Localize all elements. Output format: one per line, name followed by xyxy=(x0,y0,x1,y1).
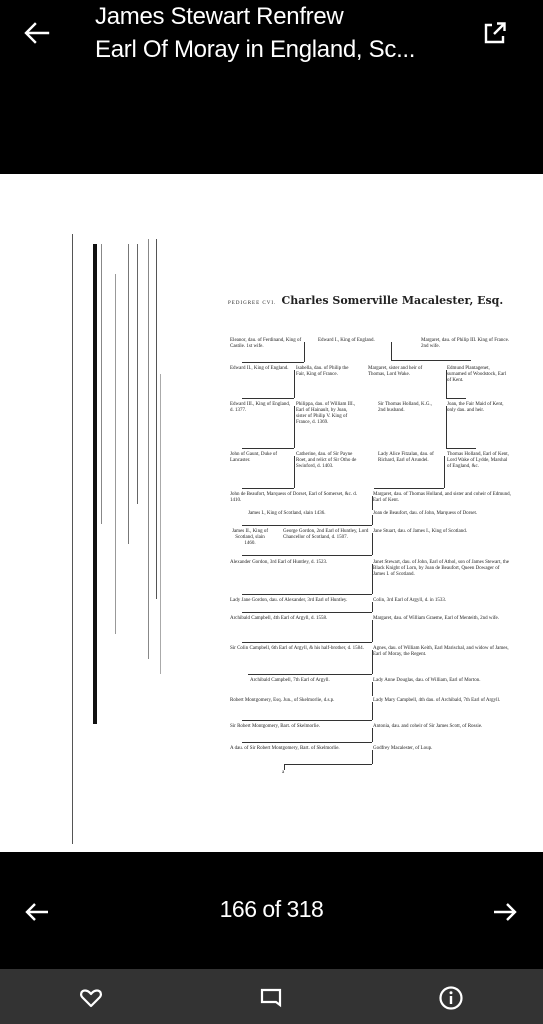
tree-connector xyxy=(242,488,294,489)
tree-connector xyxy=(242,448,294,449)
comment-icon xyxy=(258,985,284,1011)
comment-button[interactable] xyxy=(258,985,284,1011)
tree-connector xyxy=(372,728,373,742)
tree-connector xyxy=(372,533,373,555)
tree-entry: Janet Stewart, dau. of John, Earl of Ath… xyxy=(373,560,511,578)
tree-connector xyxy=(446,406,447,448)
tree-entry: Edward III., King of England, d. 1377. xyxy=(230,402,292,414)
scan-artifact xyxy=(101,244,102,524)
tree-connector xyxy=(242,720,372,721)
tree-connector xyxy=(242,642,372,643)
tree-entry: John de Beaufort, Marquess of Dorset, Ea… xyxy=(230,492,368,504)
tree-connector xyxy=(294,370,295,398)
tree-connector xyxy=(372,564,373,594)
tree-entry: Archibald Campbell, 4th Earl of Argyll, … xyxy=(230,616,368,622)
info-icon xyxy=(438,985,464,1011)
tree-connector xyxy=(446,398,466,399)
pedigree-label: PEDIGREE CVI. xyxy=(228,301,276,306)
tree-connector xyxy=(242,742,372,743)
record-title: James Stewart Renfrew Earl Of Moray in E… xyxy=(95,0,455,66)
action-bar xyxy=(0,969,543,1024)
tree-entry: Margaret, sister and heir of Thomas, Lor… xyxy=(368,366,430,378)
pedigree-heading: PEDIGREE CVI. Charles Somerville Macales… xyxy=(228,298,540,307)
tree-connector xyxy=(372,702,373,720)
tree-entry: Sir Robert Montgomery, Bart. of Skelmorl… xyxy=(230,724,368,730)
tree-entry: Lady Alice Fitzalan, dau. of Richard, Ea… xyxy=(378,452,440,464)
tree-entry: a xyxy=(282,770,292,776)
heart-icon xyxy=(78,985,104,1011)
open-external-button[interactable] xyxy=(480,18,510,48)
tree-connector xyxy=(372,750,373,764)
top-bar: James Stewart Renfrew Earl Of Moray in E… xyxy=(0,0,543,174)
tree-entry: John of Gaunt, Duke of Lancaster. xyxy=(230,452,292,464)
tree-entry: Margaret, dau. of Philip III. King of Fr… xyxy=(421,338,511,350)
tree-entry: Edmund Plantagenet, surnamed of Woodstoc… xyxy=(447,366,509,384)
tree-entry: Sir Thomas Holland, K.G., 2nd husband. xyxy=(378,402,440,414)
tree-entry: Agnes, dau. of William Keith, Earl Maris… xyxy=(373,646,511,658)
tree-connector xyxy=(242,398,294,399)
scan-artifact xyxy=(137,244,138,504)
tree-connector xyxy=(372,602,373,612)
tree-connector xyxy=(391,342,392,360)
tree-connector xyxy=(242,362,304,363)
tree-entry: Margaret, dau. of William Graeme, Earl o… xyxy=(373,616,511,622)
tree-entry: A dau. of Sir Robert Montgomery, Bart. o… xyxy=(230,746,368,752)
tree-entry: Isabella, dau. of Philip the Fair, King … xyxy=(296,366,356,378)
tree-entry: Eleanor, dau. of Ferdinand, King of Cast… xyxy=(230,338,312,350)
title-subtitle: Earl Of Moray in England, Sc... xyxy=(95,33,455,66)
tree-connector xyxy=(372,650,373,674)
tree-connector xyxy=(242,555,372,556)
tree-entry: Robert Montgomery, Esq. Jun., of Skelmor… xyxy=(230,698,368,704)
arrow-right-icon xyxy=(490,898,520,926)
next-page-button[interactable] xyxy=(490,898,520,926)
tree-entry: Joan, the Fair Maid of Kent, only dau. a… xyxy=(447,402,509,414)
tree-entry: James I., King of Scotland, slain 1436. xyxy=(248,511,368,517)
tree-connector xyxy=(446,370,447,398)
tree-entry: Archibald Campbell, 7th Earl of Argyll. xyxy=(250,678,370,684)
tree-connector xyxy=(444,456,445,488)
tree-entry: Edward II., King of England. xyxy=(230,366,292,372)
tree-connector xyxy=(372,620,373,642)
tree-entry: Margaret, dau. of Thomas Holland, and si… xyxy=(373,492,511,504)
tree-entry: Thomas Holland, Earl of Kent, Lord Wake … xyxy=(447,452,509,470)
tree-connector xyxy=(248,674,372,675)
tree-connector xyxy=(391,360,471,361)
scan-artifact xyxy=(115,274,116,634)
tree-entry: Sir Colin Campbell, 6th Earl of Argyll, … xyxy=(230,646,368,652)
arrow-left-icon xyxy=(20,18,54,48)
tree-entry: Catherine, dau. of Sir Payne Roet, and r… xyxy=(296,452,358,470)
tree-connector xyxy=(372,515,373,525)
tree-entry: Godfrey Macalester, of Loup. xyxy=(373,746,511,752)
tree-entry: James II., King of Scotland, slain 1460. xyxy=(230,529,270,547)
scan-artifact xyxy=(93,244,97,724)
scan-artifact xyxy=(148,239,149,659)
tree-connector xyxy=(374,488,444,489)
scan-artifact xyxy=(156,239,157,599)
tree-connector xyxy=(304,342,305,362)
tree-connector xyxy=(242,525,372,526)
scan-artifact xyxy=(72,234,73,844)
page-navigator: 166 of 318 xyxy=(0,852,543,969)
tree-entry: Lady Jane Gordon, dau. of Alexander, 3rd… xyxy=(230,598,368,604)
tree-connector xyxy=(242,612,372,613)
info-button[interactable] xyxy=(438,985,464,1011)
tree-entry: Antonia, dau. and coheir of Sir James Sc… xyxy=(373,724,511,730)
page-counter: 166 of 318 xyxy=(0,896,543,923)
document-image[interactable]: PEDIGREE CVI. Charles Somerville Macales… xyxy=(0,174,543,852)
tree-connector xyxy=(284,764,372,765)
back-button[interactable] xyxy=(20,18,54,48)
tree-connector xyxy=(446,448,476,449)
tree-entry: Colin, 3rd Earl of Argyll, d. in 1533. xyxy=(373,598,511,604)
tree-connector xyxy=(372,682,373,696)
tree-entry: Edward I., King of England. xyxy=(318,338,408,344)
tree-entry: Lady Mary Campbell, 4th dau. of Archibal… xyxy=(373,698,511,704)
tree-entry: Jane Stuart, dau. of James I., King of S… xyxy=(373,529,511,535)
scan-artifact xyxy=(160,374,161,674)
title-name: James Stewart Renfrew xyxy=(95,0,455,33)
open-external-icon xyxy=(480,18,510,48)
scan-artifact xyxy=(128,244,129,544)
tree-connector xyxy=(294,456,295,488)
pedigree-title: Charles Somerville Macalester, Esq. xyxy=(282,294,504,307)
tree-entry: Philippa, dau. of William III., Earl of … xyxy=(296,402,358,426)
like-button[interactable] xyxy=(78,985,104,1011)
tree-entry: George Gordon, 2nd Earl of Huntley, Lord… xyxy=(283,529,371,541)
tree-entry: Alexander Gordon, 3rd Earl of Huntley, d… xyxy=(230,560,368,566)
tree-entry: Lady Anne Douglas, dau. of William, Earl… xyxy=(373,678,511,684)
tree-entry: Joan de Beaufort, dau. of John, Marquess… xyxy=(373,511,511,517)
tree-connector xyxy=(242,594,372,595)
tree-connector xyxy=(372,496,373,510)
tree-connector xyxy=(294,406,295,448)
